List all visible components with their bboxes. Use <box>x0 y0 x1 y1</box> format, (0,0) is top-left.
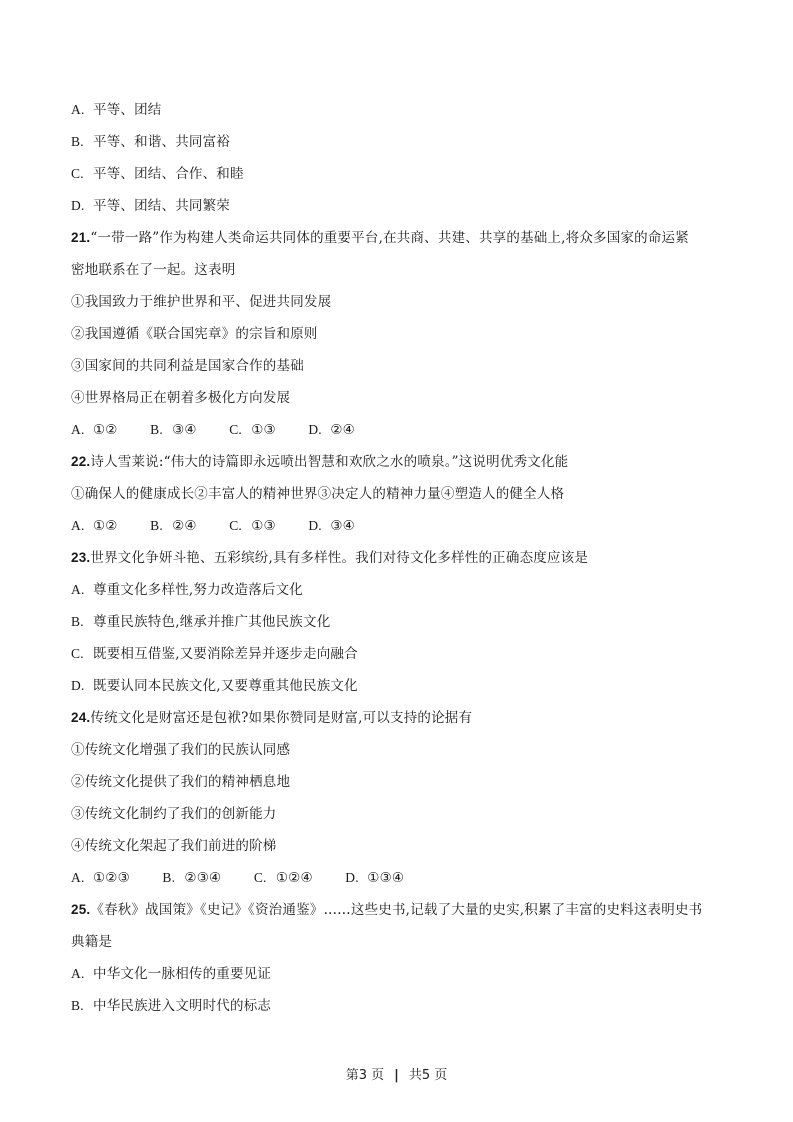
option-text: ②③④ <box>184 870 221 886</box>
statements: ①确保人的健康成长②丰富人的精神世界③决定人的精神力量④塑造人的健全人格 <box>71 482 731 514</box>
statement: ③传统文化制约了我们的创新能力 <box>71 802 731 834</box>
option-text: ②④ <box>330 422 355 438</box>
option-c: C.①②④ <box>254 866 313 890</box>
statement: ①我国致力于维护世界和平、促进共同发展 <box>71 290 731 322</box>
option-text: ①③ <box>251 422 276 438</box>
current-page: 第3 页 <box>346 1068 384 1083</box>
option-text: 中华文化一脉相传的重要见证 <box>93 966 271 982</box>
option-letter: D. <box>308 514 330 538</box>
question-text: 诗人雪莱说:“伟大的诗篇即永远喷出智慧和欢欣之水的喷泉。”这说明优秀文化能 <box>90 454 568 470</box>
statement: ②传统文化提供了我们的精神栖息地 <box>71 770 731 802</box>
option-text: ③④ <box>330 518 355 534</box>
option-b: B.尊重民族特色,继承并推广其他民族文化 <box>71 610 731 642</box>
question-text: 密地联系在了一起。这表明 <box>71 262 235 278</box>
option-a: A.平等、团结 <box>71 98 731 130</box>
option-text: ②④ <box>172 518 197 534</box>
question-25-stem-cont: 典籍是 <box>71 930 731 962</box>
option-text: ①③④ <box>367 870 404 886</box>
option-a: A.中华文化一脉相传的重要见证 <box>71 962 731 994</box>
footer-separator: | <box>394 1068 399 1083</box>
option-text: ①② <box>93 422 118 438</box>
option-a: A.①② <box>71 418 118 442</box>
option-c: C.①③ <box>229 418 276 442</box>
option-letter: B. <box>71 610 93 634</box>
option-letter: A. <box>71 962 93 986</box>
option-text: 既要认同本民族文化,又要尊重其他民族文化 <box>93 678 358 694</box>
question-number: 24. <box>71 710 90 725</box>
question-number: 22. <box>71 454 90 469</box>
option-letter: B. <box>162 866 184 890</box>
option-letter: A. <box>71 98 93 122</box>
option-letter: C. <box>71 642 93 666</box>
option-letter: B. <box>71 130 93 154</box>
question-24-stem: 24.传统文化是财富还是包袱?如果你赞同是财富,可以支持的论据有 <box>71 706 731 738</box>
total-pages: 共5 页 <box>409 1068 447 1083</box>
option-c: C.①③ <box>229 514 276 538</box>
statement: ④传统文化架起了我们前进的阶梯 <box>71 834 731 866</box>
option-a: A.①②③ <box>71 866 130 890</box>
option-b: B.②③④ <box>162 866 221 890</box>
document-page: A.平等、团结 B.平等、和谐、共同富裕 C.平等、团结、合作、和睦 D.平等、… <box>71 98 731 1026</box>
option-letter: A. <box>71 578 93 602</box>
page-footer: 第3 页|共5 页 <box>0 1064 793 1083</box>
option-letter: C. <box>71 162 93 186</box>
option-letter: D. <box>345 866 367 890</box>
option-b: B.③④ <box>150 418 197 442</box>
question-number: 25. <box>71 902 90 917</box>
option-letter: D. <box>308 418 330 442</box>
option-text: 既要相互借鉴,又要消除差异并逐步走向融合 <box>93 646 358 662</box>
option-d: D.③④ <box>308 514 355 538</box>
option-text: 平等、和谐、共同富裕 <box>93 134 230 150</box>
option-letter: C. <box>254 866 276 890</box>
question-text: 《春秋》战国策》《史记》《资治通鉴》……这些史书,记载了大量的史实,积累了丰富的… <box>90 902 702 918</box>
option-letter: B. <box>150 514 172 538</box>
question-number: 23. <box>71 550 90 565</box>
option-text: ③④ <box>172 422 197 438</box>
statement: ④世界格局正在朝着多极化方向发展 <box>71 386 731 418</box>
option-text: 平等、团结、合作、和睦 <box>93 166 244 182</box>
option-text: ①③ <box>251 518 276 534</box>
statement: ③国家间的共同利益是国家合作的基础 <box>71 354 731 386</box>
option-letter: D. <box>71 674 93 698</box>
question-text: “一带一路”作为构建人类命运共同体的重要平台,在共商、共建、共享的基础上,将众多… <box>90 230 689 246</box>
option-b: B.中华民族进入文明时代的标志 <box>71 994 731 1026</box>
option-c: C.平等、团结、合作、和睦 <box>71 162 731 194</box>
option-text: 中华民族进入文明时代的标志 <box>93 998 271 1014</box>
question-number: 21. <box>71 230 90 245</box>
option-text: 尊重民族特色,继承并推广其他民族文化 <box>93 614 330 630</box>
question-text: 传统文化是财富还是包袱?如果你赞同是财富,可以支持的论据有 <box>90 710 472 726</box>
question-22-options: A.①② B.②④ C.①③ D.③④ <box>71 514 731 546</box>
question-21-options: A.①② B.③④ C.①③ D.②④ <box>71 418 731 450</box>
option-letter: B. <box>150 418 172 442</box>
option-b: B.②④ <box>150 514 197 538</box>
question-text: 世界文化争妍斗艳、五彩缤纷,具有多样性。我们对待文化多样性的正确态度应该是 <box>90 550 588 566</box>
option-a: A.①② <box>71 514 118 538</box>
option-text: 平等、团结 <box>93 102 162 118</box>
option-a: A.尊重文化多样性,努力改造落后文化 <box>71 578 731 610</box>
option-letter: C. <box>229 418 251 442</box>
option-letter: A. <box>71 514 93 538</box>
option-d: D.既要认同本民族文化,又要尊重其他民族文化 <box>71 674 731 706</box>
option-letter: A. <box>71 418 93 442</box>
option-b: B.平等、和谐、共同富裕 <box>71 130 731 162</box>
option-d: D.①③④ <box>345 866 404 890</box>
option-letter: A. <box>71 866 93 890</box>
question-25-stem: 25.《春秋》战国策》《史记》《资治通鉴》……这些史书,记载了大量的史实,积累了… <box>71 898 731 930</box>
option-c: C.既要相互借鉴,又要消除差异并逐步走向融合 <box>71 642 731 674</box>
option-text: 尊重文化多样性,努力改造落后文化 <box>93 582 303 598</box>
question-21-stem: 21.“一带一路”作为构建人类命运共同体的重要平台,在共商、共建、共享的基础上,… <box>71 226 731 258</box>
statement: ②我国遵循《联合国宪章》的宗旨和原则 <box>71 322 731 354</box>
option-text: ①②③ <box>93 870 130 886</box>
question-22-stem: 22.诗人雪莱说:“伟大的诗篇即永远喷出智慧和欢欣之水的喷泉。”这说明优秀文化能 <box>71 450 731 482</box>
option-letter: D. <box>71 194 93 218</box>
option-letter: C. <box>229 514 251 538</box>
option-d: D.平等、团结、共同繁荣 <box>71 194 731 226</box>
question-23-stem: 23.世界文化争妍斗艳、五彩缤纷,具有多样性。我们对待文化多样性的正确态度应该是 <box>71 546 731 578</box>
option-d: D.②④ <box>308 418 355 442</box>
question-21-stem-cont: 密地联系在了一起。这表明 <box>71 258 731 290</box>
statement: ①传统文化增强了我们的民族认同感 <box>71 738 731 770</box>
option-letter: B. <box>71 994 93 1018</box>
option-text: ①② <box>93 518 118 534</box>
question-24-options: A.①②③ B.②③④ C.①②④ D.①③④ <box>71 866 731 898</box>
option-text: ①②④ <box>276 870 313 886</box>
option-text: 平等、团结、共同繁荣 <box>93 198 230 214</box>
